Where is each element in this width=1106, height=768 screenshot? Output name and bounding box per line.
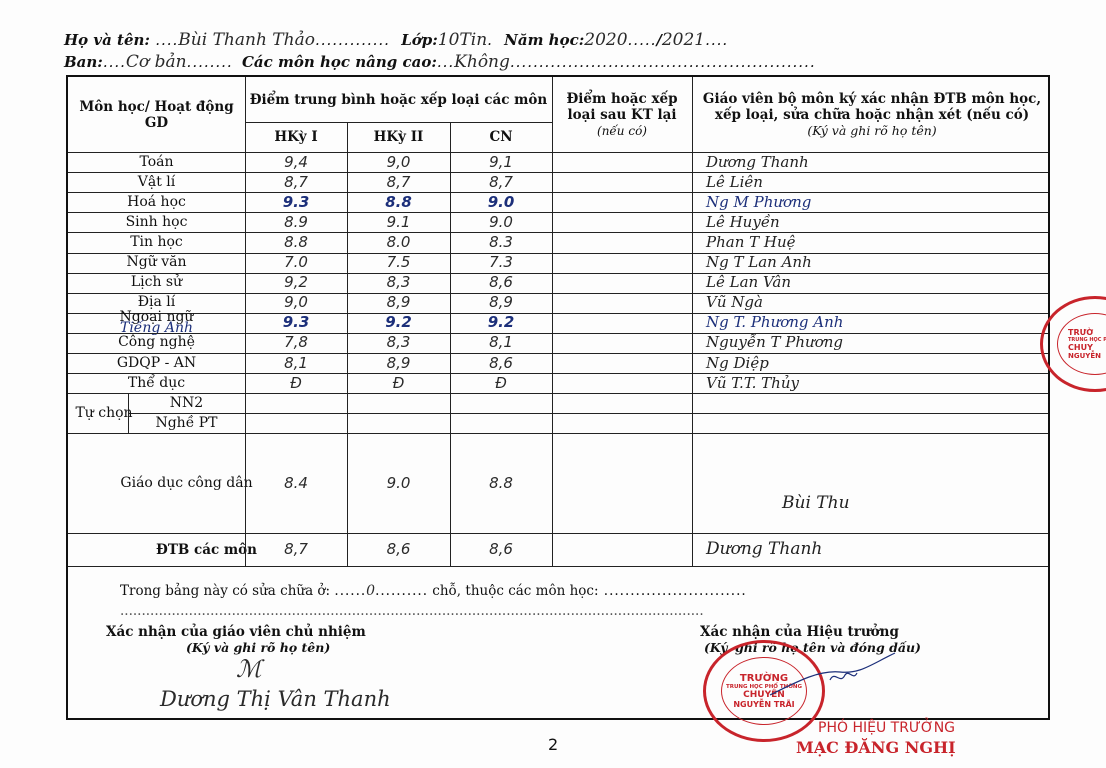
score-cn: 8,9 [450, 293, 552, 313]
header-retest: Điểm hoặc xếp loại sau KT lại(nếu có) [552, 77, 692, 152]
score-hk2: 8,3 [347, 333, 450, 353]
teacher-signature: Lê Liên [692, 172, 1052, 192]
row-subject: Ngữ văn [68, 253, 245, 273]
score-hk1: 9,0 [245, 293, 347, 313]
score-retest [552, 273, 692, 293]
corrections-line: Trong bảng này có sửa chữa ở: ......0...… [120, 583, 747, 599]
score-retest [552, 212, 692, 232]
header-hk2: HKỳ II [347, 122, 450, 152]
advanced-value: Không [454, 52, 510, 72]
header-retest-note: (nếu có) [552, 123, 692, 139]
score-hk1: Đ [245, 373, 347, 393]
class-label: Lớp: [401, 31, 438, 49]
dotted-line: ........................................… [120, 603, 704, 619]
score-hk2: 9,0 [347, 152, 450, 172]
page-number: 2 [548, 735, 558, 754]
teacher-signature: Ng M Phương [692, 192, 1052, 212]
score-hk2: 9.1 [347, 212, 450, 232]
score-hk1 [245, 413, 347, 433]
score-hk1: 8.8 [245, 232, 347, 252]
homeroom-note: (Ký và ghi rõ họ tên) [186, 640, 330, 655]
row-subject: Ngoại ngữTiếng Anh [68, 313, 245, 333]
grid-line [245, 77, 246, 566]
teacher-signature: Phan T Huệ [692, 232, 1052, 252]
row-subject: Thể dục [68, 373, 245, 393]
row-subject: Lịch sử [68, 273, 245, 293]
header-cn: CN [450, 122, 552, 152]
score-hk1: 7.0 [245, 253, 347, 273]
score-hk2: 7.5 [347, 253, 450, 273]
grid-line [692, 77, 693, 566]
track-value: Cơ bản [126, 52, 187, 72]
score-retest [552, 333, 692, 353]
score-cn: Đ [450, 373, 552, 393]
teacher-signature: Dương Thanh [692, 533, 1052, 566]
score-retest [552, 152, 692, 172]
score-hk1: 8,1 [245, 353, 347, 373]
score-hk1: 7,8 [245, 333, 347, 353]
score-cn: 9.0 [450, 212, 552, 232]
score-retest [552, 172, 692, 192]
score-cn: 8,6 [450, 353, 552, 373]
row-subject: Vật lí [68, 172, 245, 192]
score-hk2: 8,9 [347, 353, 450, 373]
student-info-line: Họ và tên: ....Bùi Thanh Thảo...........… [64, 30, 728, 50]
teacher-signature [692, 393, 1052, 413]
header-hk1: HKỳ I [245, 122, 347, 152]
name-label: Họ và tên: [64, 31, 150, 49]
teacher-signature: Vũ Ngà [692, 293, 1052, 313]
teacher-signature: Nguyễn T Phương [692, 333, 1052, 353]
score-hk1 [245, 393, 347, 413]
track-info-line: Ban:....Cơ bản........ Các môn học nâng … [64, 52, 816, 72]
header-teacher-label: Giáo viên bộ môn ký xác nhận ĐTB môn học… [698, 91, 1046, 123]
score-hk2: 8,9 [347, 293, 450, 313]
header-avg-group: Điểm trung bình hoặc xếp loại các môn [245, 77, 552, 122]
score-hk2 [347, 393, 450, 413]
elective-subject: NN2 [128, 393, 245, 413]
year-start: 2020 [584, 30, 627, 50]
year-end: 2021 [662, 30, 705, 50]
grid-line [68, 566, 1048, 567]
score-cn [450, 413, 552, 433]
principal-name: MẠC ĐĂNG NGHỊ [796, 738, 956, 757]
score-cn: 8.3 [450, 232, 552, 252]
score-hk1: 8.4 [245, 433, 347, 533]
score-cn: 8.8 [450, 433, 552, 533]
grid-line [245, 122, 552, 123]
score-hk1: 9,4 [245, 152, 347, 172]
homeroom-signature: ℳ [236, 655, 262, 683]
score-hk2: 8,7 [347, 172, 450, 192]
score-hk1: 9.3 [245, 192, 347, 212]
score-retest [552, 192, 692, 212]
homeroom-name: Dương Thị Vân Thanh [160, 687, 391, 711]
score-hk1: 9,2 [245, 273, 347, 293]
header-teacher: Giáo viên bộ môn ký xác nhận ĐTB môn học… [692, 77, 1052, 152]
score-retest [552, 313, 692, 333]
score-hk2 [347, 413, 450, 433]
teacher-signature [692, 413, 1052, 433]
score-cn [450, 393, 552, 413]
score-hk2: 9.2 [347, 313, 450, 333]
class-value: 10Tin [438, 30, 487, 50]
score-cn: 9.2 [450, 313, 552, 333]
advanced-label: Các môn học nâng cao: [242, 53, 437, 71]
gpa-cn: 8,6 [450, 533, 552, 566]
grid-line [552, 77, 553, 566]
corrections-count: 0 [366, 583, 375, 599]
score-cn: 8,1 [450, 333, 552, 353]
grid-line [128, 393, 129, 433]
teacher-signature: Lê Lan Vân [692, 273, 1052, 293]
principal-title: Xác nhận của Hiệu trưởng [700, 624, 899, 640]
score-hk2: 8.0 [347, 232, 450, 252]
score-hk2: 8.8 [347, 192, 450, 212]
row-subject: GDQP - AN [68, 353, 245, 373]
score-hk2: 8,3 [347, 273, 450, 293]
teacher-signature: Bùi Thu [692, 433, 1052, 533]
score-retest [552, 232, 692, 252]
score-retest [552, 373, 692, 393]
principal-signature [760, 650, 900, 700]
score-cn: 8,7 [450, 172, 552, 192]
row-subject: Tin học [68, 232, 245, 252]
header-subject: Môn học/ Hoạt động GD [68, 77, 245, 152]
teacher-signature: Dương Thanh [692, 152, 1052, 172]
score-cn: 8,6 [450, 273, 552, 293]
header-retest-label: Điểm hoặc xếp loại sau KT lại [552, 91, 692, 123]
score-hk1: 8,7 [245, 172, 347, 192]
row-subject: Toán [68, 152, 245, 172]
row-subject: Công nghệ [68, 333, 245, 353]
teacher-signature: Vũ T.T. Thủy [692, 373, 1052, 393]
score-cn: 9,1 [450, 152, 552, 172]
gpa-hk1: 8,7 [245, 533, 347, 566]
header-teacher-note: (Ký và ghi rõ họ tên) [698, 123, 1046, 139]
teacher-signature: Lê Huyền [692, 212, 1052, 232]
teacher-signature: Ng T Lan Anh [692, 253, 1052, 273]
grid-line [450, 122, 451, 566]
score-cn: 7.3 [450, 253, 552, 273]
score-retest [552, 353, 692, 373]
grid-line [347, 122, 348, 566]
principal-role: PHÓ HIỆU TRƯỞNG [818, 720, 955, 736]
score-retest [552, 293, 692, 313]
row-subject: Hoá học [68, 192, 245, 212]
score-retest [552, 253, 692, 273]
track-label: Ban: [64, 53, 103, 71]
score-hk2: Đ [347, 373, 450, 393]
year-label: Năm học: [504, 31, 584, 49]
elective-subject: Nghề PT [128, 413, 245, 433]
teacher-signature: Ng Diệp [692, 353, 1052, 373]
student-name: Bùi Thanh Thảo [178, 30, 315, 50]
homeroom-title: Xác nhận của giáo viên chủ nhiệm [106, 624, 366, 640]
score-hk1: 9.3 [245, 313, 347, 333]
row-subject: Sinh học [68, 212, 245, 232]
score-hk2: 9.0 [347, 433, 450, 533]
gpa-hk2: 8,6 [347, 533, 450, 566]
score-hk1: 8.9 [245, 212, 347, 232]
teacher-signature: Ng T. Phương Anh [692, 313, 1052, 333]
score-cn: 9.0 [450, 192, 552, 212]
